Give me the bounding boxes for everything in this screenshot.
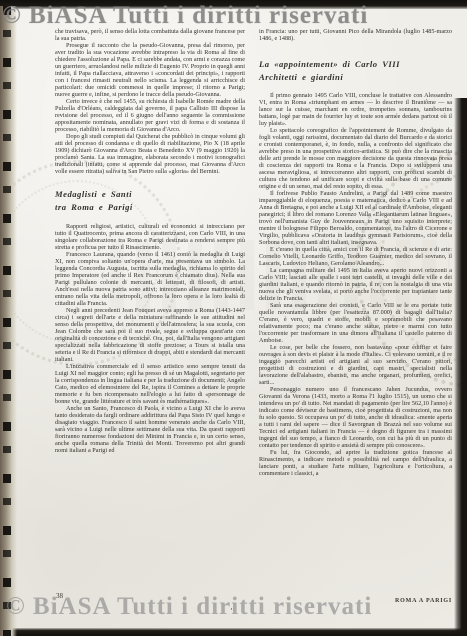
paragraph: Sarà una esagerazione dei cronisti, e Ca… (259, 302, 452, 344)
paragraph: L'iniziativa commerciale ed il senso art… (55, 363, 245, 405)
paragraph: E c'erano in quella città, amici con il … (259, 246, 452, 267)
running-title: ROMA A PARIGI (252, 598, 452, 604)
paragraph: Negli anni precedenti Jean Fouquet aveva… (55, 307, 245, 363)
section-heading-appointement: La «appointement» di Carlo VIII Architet… (259, 58, 452, 83)
right-column: in Francia: uno per tutti, Giovanni Pico… (259, 28, 452, 477)
section-heading-line2: Architetti e giardini (259, 71, 452, 84)
scan-edge-top (0, 0, 467, 9)
paragraph: Certo invece è che nel 1455, su richiest… (55, 98, 245, 133)
paragraph: Il forlivese Publio Fausto Andrelini, a … (259, 190, 452, 246)
paragraph: Personaggio numero uno il francescano Ja… (259, 386, 452, 449)
paragraph: Prosegue il racconto che la pseudo-Giova… (55, 42, 245, 98)
scan-edge-bottom (0, 628, 467, 636)
paragraph: in Francia: uno per tutti, Giovanni Pico… (259, 28, 452, 42)
page-number: 38 (56, 592, 63, 600)
paragraph: Le cose, per belle che fossero, non bast… (259, 344, 452, 386)
section-heading-line2: tra Roma e Parigi (55, 201, 245, 214)
section-heading-line1: Medaglisti e Santi (55, 188, 245, 201)
paragraph: La campagna militare del 1495 in Italia … (259, 267, 452, 302)
paragraph: Anche un Santo, Francesco di Paola, è vi… (55, 405, 245, 454)
book-spine-edge (0, 6, 17, 636)
section-heading-line1: La «appointement» di Carlo VIII (259, 58, 452, 71)
section-heading-medaglisti: Medaglisti e Santi tra Roma e Parigi (55, 188, 245, 213)
paragraph: Dopo gli studi compiuti dal Quicherat ch… (55, 133, 245, 175)
paragraph: Rapporti religiosi, artistici, culturali… (55, 223, 245, 251)
center-mark: · (230, 604, 233, 614)
left-column: che travisava, però, il senso della lott… (55, 28, 245, 454)
paragraph: Lo spettacolo coreografico de l'appointe… (259, 127, 452, 190)
paragraph: Francesco Laurana, quando (verso il 1461… (55, 251, 245, 307)
paragraph: Fu lui, fra Giocondo, ad aprire la tradi… (259, 449, 452, 477)
paragraph: che travisava, però, il senso della lott… (55, 28, 245, 42)
binding-stitches (3, 6, 11, 636)
scan-edge-right (454, 98, 467, 636)
scanned-journal-page: che travisava, però, il senso della lott… (0, 0, 467, 636)
paragraph: Il primo gennaio 1495 Carlo VIII, conclu… (259, 92, 452, 127)
